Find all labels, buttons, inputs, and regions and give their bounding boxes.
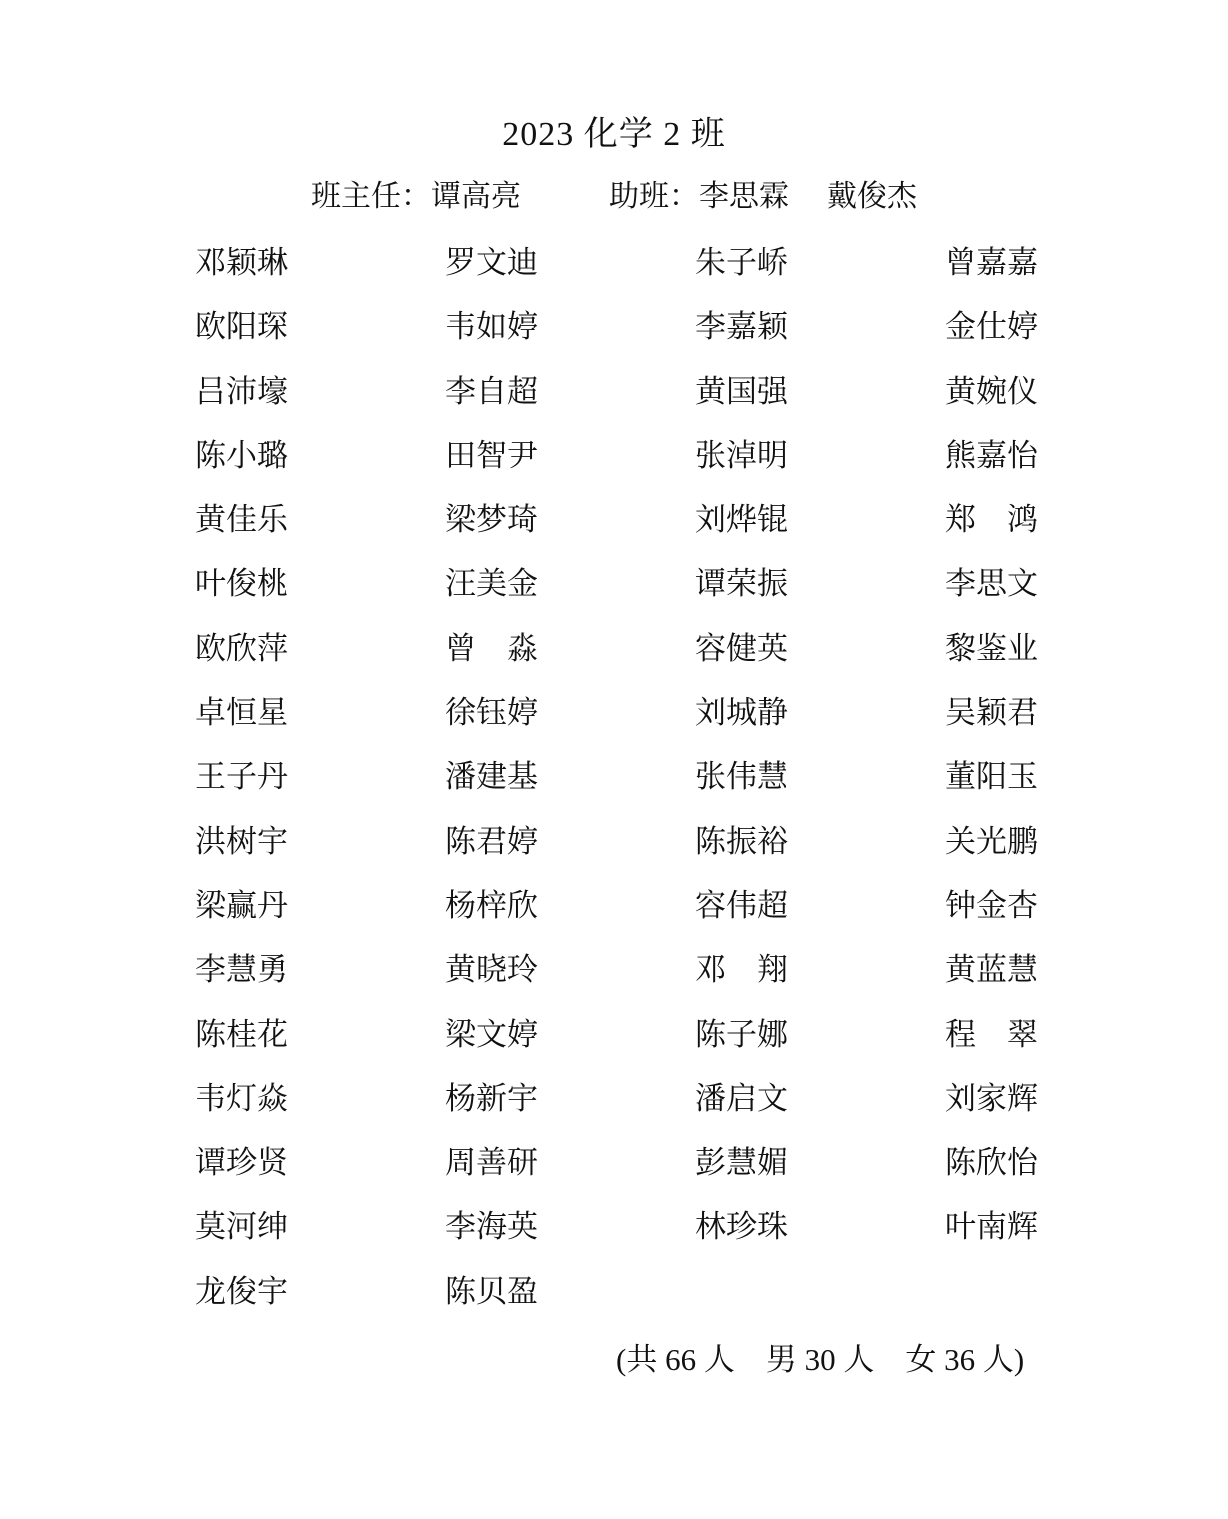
roster-name: 吕沛壕 bbox=[195, 376, 445, 440]
roster-name: 黄婉仪 bbox=[945, 376, 1195, 440]
roster-name: 龙俊宇 bbox=[195, 1276, 445, 1340]
roster-name: 曾嘉嘉 bbox=[945, 247, 1195, 311]
roster-name: 谭珍贤 bbox=[195, 1147, 445, 1211]
roster-name: 欧阳琛 bbox=[195, 311, 445, 375]
roster-name: 叶俊桃 bbox=[195, 568, 445, 632]
roster-name: 杨梓欣 bbox=[445, 890, 695, 954]
roster-name: 田智尹 bbox=[445, 440, 695, 504]
roster-name: 陈桂花 bbox=[195, 1019, 445, 1083]
roster-name: 汪美金 bbox=[445, 568, 695, 632]
roster-name: 曾 淼 bbox=[445, 633, 695, 697]
page-title: 2023 化学 2 班 bbox=[0, 106, 1228, 155]
homeroom-teacher-group: 班主任：谭高亮 bbox=[311, 171, 521, 215]
roster-grid: 邓颖琳罗文迪朱子峤曾嘉嘉欧阳琛韦如婷李嘉颖金仕婷吕沛壕李自超黄国强黄婉仪陈小璐田… bbox=[195, 247, 1195, 1340]
roster-name: 董阳玉 bbox=[945, 761, 1195, 825]
roster-name: 潘启文 bbox=[695, 1083, 945, 1147]
roster-name: 李慧勇 bbox=[195, 954, 445, 1018]
roster-name: 熊嘉怡 bbox=[945, 440, 1195, 504]
roster-name: 陈振裕 bbox=[695, 826, 945, 890]
roster-name: 徐钰婷 bbox=[445, 697, 695, 761]
assistant-group: 助班：李思霖戴俊杰 bbox=[609, 171, 917, 215]
roster-name: 林珍珠 bbox=[695, 1211, 945, 1275]
assistant-name: 李思霖 bbox=[699, 171, 789, 215]
roster-name: 金仕婷 bbox=[945, 311, 1195, 375]
roster-name: 王子丹 bbox=[195, 761, 445, 825]
roster-name: 卓恒星 bbox=[195, 697, 445, 761]
roster-name: 梁赢丹 bbox=[195, 890, 445, 954]
roster-name: 刘城静 bbox=[695, 697, 945, 761]
roster-name: 梁文婷 bbox=[445, 1019, 695, 1083]
roster-name: 罗文迪 bbox=[445, 247, 695, 311]
roster-name: 关光鹏 bbox=[945, 826, 1195, 890]
roster-name: 周善研 bbox=[445, 1147, 695, 1211]
roster-name: 韦灯焱 bbox=[195, 1083, 445, 1147]
roster-name: 黄佳乐 bbox=[195, 504, 445, 568]
roster-name: 吴颖君 bbox=[945, 697, 1195, 761]
roster-name: 陈欣怡 bbox=[945, 1147, 1195, 1211]
roster-name: 容健英 bbox=[695, 633, 945, 697]
homeroom-teacher-name: 谭高亮 bbox=[431, 171, 521, 215]
roster-name: 邓颖琳 bbox=[195, 247, 445, 311]
roster-name: 黄蓝慧 bbox=[945, 954, 1195, 1018]
summary-count: (共 66 人 男 30 人 女 36 人) bbox=[616, 1334, 1024, 1379]
roster-name: 李思文 bbox=[945, 568, 1195, 632]
roster-name: 莫河绅 bbox=[195, 1211, 445, 1275]
roster-name: 陈君婷 bbox=[445, 826, 695, 890]
roster-name: 黎鉴业 bbox=[945, 633, 1195, 697]
roster-name: 李嘉颖 bbox=[695, 311, 945, 375]
roster-name: 杨新宇 bbox=[445, 1083, 695, 1147]
roster-name: 程 翠 bbox=[945, 1019, 1195, 1083]
roster-name: 张伟慧 bbox=[695, 761, 945, 825]
roster-name: 欧欣萍 bbox=[195, 633, 445, 697]
assistant-label: 助班： bbox=[609, 171, 699, 215]
roster-name: 张淖明 bbox=[695, 440, 945, 504]
roster-name: 彭慧媚 bbox=[695, 1147, 945, 1211]
roster-name: 李海英 bbox=[445, 1211, 695, 1275]
roster-name: 郑 鸿 bbox=[945, 504, 1195, 568]
roster-name: 刘家辉 bbox=[945, 1083, 1195, 1147]
roster-name: 黄晓玲 bbox=[445, 954, 695, 1018]
roster-name: 洪树宇 bbox=[195, 826, 445, 890]
roster-name: 陈子娜 bbox=[695, 1019, 945, 1083]
homeroom-teacher-label: 班主任： bbox=[311, 171, 431, 215]
assistant-name: 戴俊杰 bbox=[827, 171, 917, 215]
roster-name: 容伟超 bbox=[695, 890, 945, 954]
roster-name: 韦如婷 bbox=[445, 311, 695, 375]
roster-name: 黄国强 bbox=[695, 376, 945, 440]
roster-name: 梁梦琦 bbox=[445, 504, 695, 568]
roster-name: 谭荣振 bbox=[695, 568, 945, 632]
roster-name: 陈小璐 bbox=[195, 440, 445, 504]
roster-name: 陈贝盈 bbox=[445, 1276, 695, 1340]
roster-name: 叶南辉 bbox=[945, 1211, 1195, 1275]
roster-name: 钟金杏 bbox=[945, 890, 1195, 954]
roster-name: 刘烨锟 bbox=[695, 504, 945, 568]
roster-name: 潘建基 bbox=[445, 761, 695, 825]
roster-name: 邓 翔 bbox=[695, 954, 945, 1018]
class-roster-page: 2023 化学 2 班 班主任：谭高亮 助班：李思霖戴俊杰 邓颖琳罗文迪朱子峤曾… bbox=[0, 0, 1228, 1519]
staff-line: 班主任：谭高亮 助班：李思霖戴俊杰 bbox=[0, 171, 1228, 215]
roster-name: 朱子峤 bbox=[695, 247, 945, 311]
roster-name: 李自超 bbox=[445, 376, 695, 440]
